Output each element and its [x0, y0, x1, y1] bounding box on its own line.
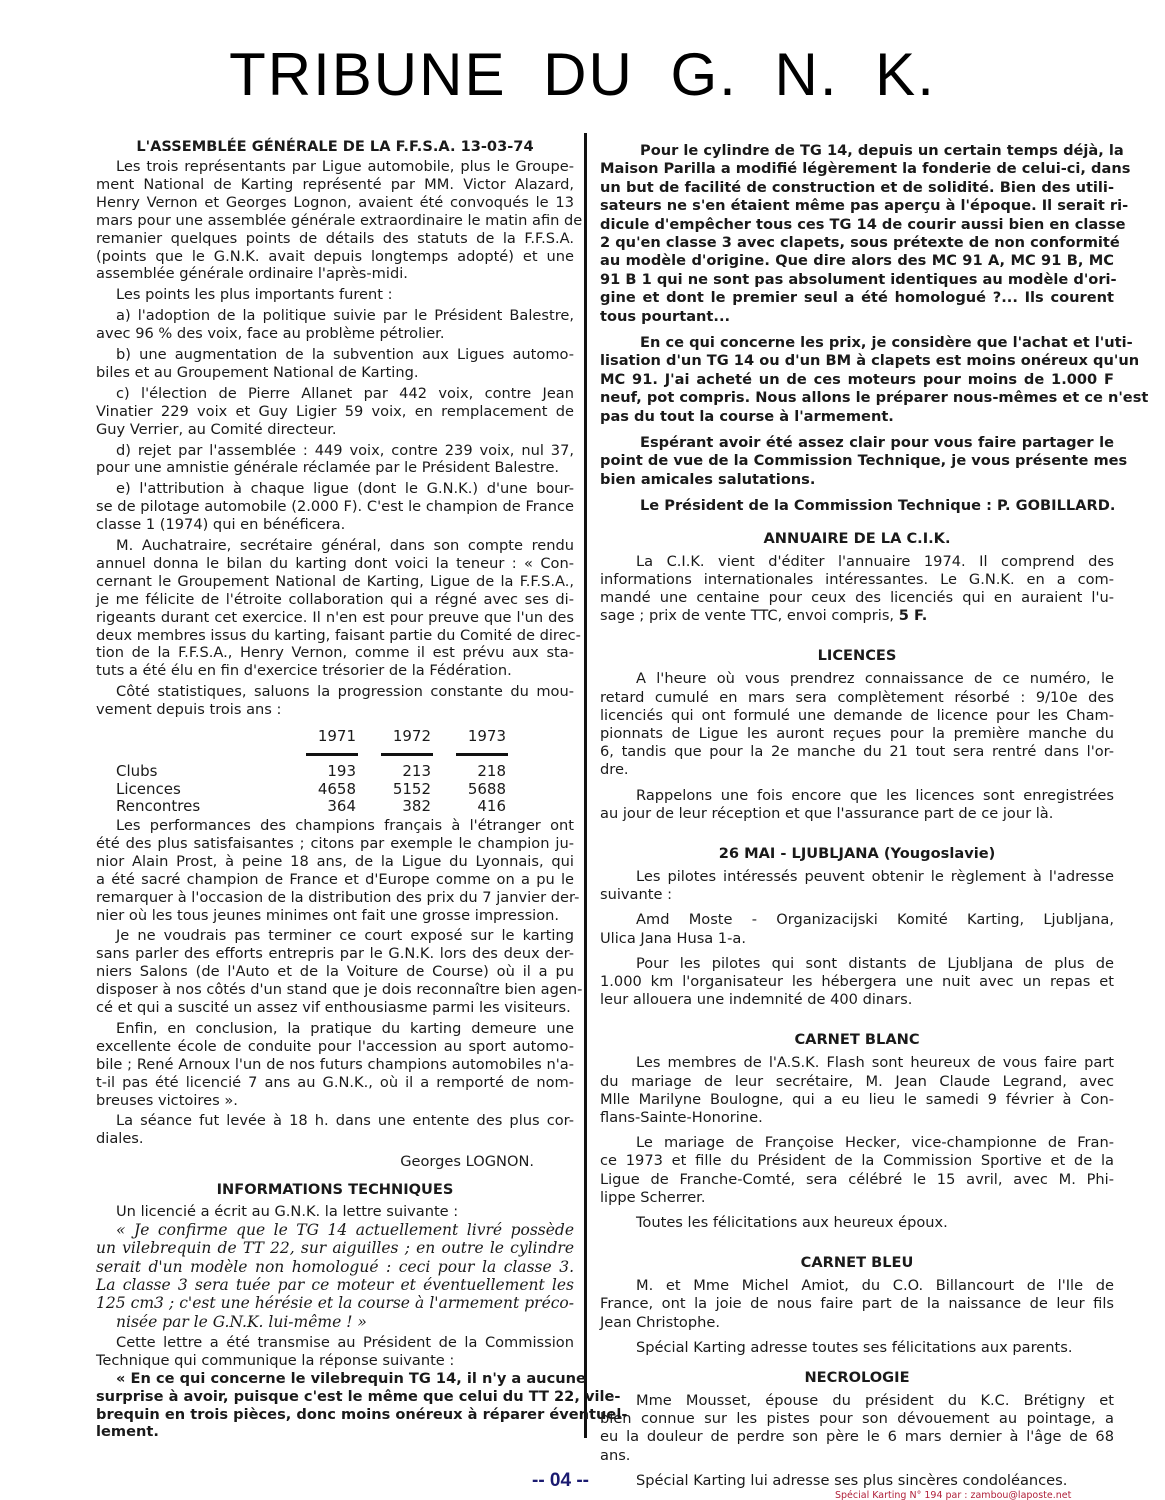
paragraph-line: dre.: [600, 761, 1114, 779]
paragraph-line: Les pilotes intéressés peuvent obtenir l…: [636, 868, 1114, 886]
reply-line: tous pourtant...: [600, 308, 1114, 326]
paragraph-line: A l'heure où vous prendrez connaissance …: [636, 670, 1114, 688]
paragraph-line: Les membres de l'A.S.K. Flash sont heure…: [636, 1054, 1114, 1072]
paragraph-line: breuses victoires ».: [96, 1092, 574, 1110]
section-heading: NECROLOGIE: [600, 1369, 1114, 1387]
table-cell: 416: [446, 797, 506, 815]
paragraph-line: d) rejet par l'assemblée : 449 voix, con…: [116, 442, 574, 460]
paragraph-line: Les performances des champions français …: [116, 817, 574, 835]
price-value: 5 F.: [899, 607, 928, 624]
reply-line: 91 B 1 qui ne sont pas absolument identi…: [600, 271, 1114, 289]
paragraph-line: Technique qui communique la réponse suiv…: [96, 1352, 574, 1370]
reply-line: brequin en trois pièces, donc moins onér…: [96, 1406, 574, 1424]
paragraph-line: pour une amnistie générale réclamée par …: [96, 459, 574, 477]
column-rule: [306, 753, 358, 756]
paragraph-line: Enfin, en conclusion, la pratique du kar…: [116, 1020, 574, 1038]
reply-line: un but de facilité de construction et de…: [600, 179, 1114, 197]
reply-line: au modèle d'origine. Que dire alors des …: [600, 252, 1114, 270]
paragraph-line: Rappelons une fois encore que les licenc…: [636, 787, 1114, 805]
page-title: TRIBUNE DU G. N. K.: [0, 40, 1165, 109]
reply-line: neuf, pot compris. Nous allons le prépar…: [600, 389, 1114, 407]
reply-line: lement.: [96, 1423, 574, 1441]
paragraph-line: diales.: [96, 1130, 574, 1148]
reply-line: Maison Parilla a modifié légèrement la f…: [600, 160, 1114, 178]
paragraph-line: Mme Mousset, épouse du président du K.C.…: [636, 1392, 1114, 1410]
paragraph-line: au jour de leur réception et que l'assur…: [600, 805, 1114, 823]
paragraph-line: Le mariage de Françoise Hecker, vice-cha…: [636, 1134, 1114, 1152]
paragraph-line: M. Auchatraire, secrétaire général, dans…: [116, 537, 574, 555]
column-rule: [381, 753, 433, 756]
section-heading: L'ASSEMBLÉE GÉNÉRALE DE LA F.F.S.A. 13-0…: [96, 138, 574, 156]
table-column-header: 1973: [446, 727, 506, 745]
paragraph-line: Les points les plus importants furent :: [116, 286, 574, 304]
paragraph-line: annuel donna le bilan du karting dont vo…: [96, 555, 574, 573]
table-cell: 193: [296, 762, 356, 780]
section-heading: CARNET BLEU: [600, 1254, 1114, 1272]
paragraph-line: ment National de Karting représenté par …: [96, 176, 574, 194]
signature: Georges LOGNON.: [96, 1153, 534, 1171]
section-heading: INFORMATIONS TECHNIQUES: [96, 1181, 574, 1199]
reply-line: sateurs ne s'en étaient même pas aperçu …: [600, 197, 1114, 215]
column-divider: [584, 133, 587, 1438]
reply-line: En ce qui concerne les prix, je considèr…: [640, 334, 1114, 352]
paragraph-line: Guy Verrier, au Comité directeur.: [96, 421, 574, 439]
paragraph-line: ans.: [600, 1447, 1114, 1465]
paragraph-line: je me félicite de l'étroite collaboratio…: [96, 591, 574, 609]
paragraph-line: Jean Christophe.: [600, 1314, 1114, 1332]
table-cell: 382: [371, 797, 431, 815]
reply-line: « En ce qui concerne le vilebrequin TG 1…: [116, 1370, 574, 1388]
quote-line: La classe 3 sera tuée par ce moteur et é…: [96, 1276, 574, 1294]
paragraph-line: La séance fut levée à 18 h. dans une ent…: [116, 1112, 574, 1130]
paragraph-line: flans-Sainte-Honorine.: [600, 1109, 1114, 1127]
table-column-header: 1971: [296, 727, 356, 745]
paragraph-line: 6, tandis que pour la 2e manche du 21 to…: [600, 743, 1114, 761]
section-heading: LICENCES: [600, 647, 1114, 665]
paragraph-line: deux membres issus du karting, faisant p…: [96, 627, 574, 645]
reply-line: MC 91. J'ai acheté un de ces moteurs pou…: [600, 371, 1114, 389]
paragraph-line: mandé une centaine pour ceux des licenci…: [600, 589, 1114, 607]
paragraph-line: remanier quelques points de détails des …: [96, 230, 574, 248]
paragraph-line: Pour les pilotes qui sont distants de Lj…: [636, 955, 1114, 973]
table-cell: 4658: [296, 780, 356, 798]
paragraph-line: Toutes les félicitations aux heureux épo…: [636, 1214, 1114, 1232]
quote-line: « Je confirme que le TG 14 actuellement …: [116, 1221, 574, 1239]
paragraph-line: informations internationales intéressant…: [600, 571, 1114, 589]
reply-line: point de vue de la Commission Technique,…: [600, 452, 1114, 470]
reply-line: surprise à avoir, puisque c'est le même …: [96, 1388, 574, 1406]
table-cell: 218: [446, 762, 506, 780]
paragraph-line: sans parler des efforts entrepris par le…: [96, 945, 574, 963]
table-cell: 213: [371, 762, 431, 780]
paragraph-line: Cette lettre a été transmise au Présiden…: [116, 1334, 574, 1352]
column-rule: [456, 753, 508, 756]
paragraph-line: Henry Vernon et Georges Lognon, avaient …: [96, 194, 574, 212]
table-column-header: 1972: [371, 727, 431, 745]
reply-line: Espérant avoir été assez clair pour vous…: [640, 434, 1114, 452]
paragraph-line: Côté statistiques, saluons la progressio…: [116, 683, 574, 701]
paragraph-line: été des plus satisfaisantes ; citons par…: [96, 835, 574, 853]
section-heading: CARNET BLANC: [600, 1031, 1114, 1049]
paragraph-line: a été sacré champion de France et d'Euro…: [96, 871, 574, 889]
paragraph-line: nior Alain Prost, à peine 18 ans, de la …: [96, 853, 574, 871]
paragraph-line: bile ; René Arnoux l'un de nos futurs ch…: [96, 1056, 574, 1074]
paragraph-line: eu la douleur de perdre son père le 6 ma…: [600, 1428, 1114, 1446]
paragraph-line: excellente école de conduite pour l'acce…: [96, 1038, 574, 1056]
paragraph-line: a) l'adoption de la politique suivie par…: [116, 307, 574, 325]
scan-credit: Spécial Karting N° 194 par : zambou@lapo…: [835, 1490, 1071, 1500]
page-number: -- 04 --: [532, 1470, 589, 1492]
paragraph-line: vement depuis trois ans :: [96, 701, 574, 719]
paragraph-line: classe 1 (1974) qui en bénéficera.: [96, 516, 574, 534]
paragraph-line: Les trois représentants par Ligue automo…: [116, 158, 574, 176]
paragraph-line: suivante :: [600, 886, 1114, 904]
paragraph-line: Vinatier 229 voix et Guy Ligier 59 voix,…: [96, 403, 574, 421]
reply-line: lisation d'un TG 14 ou d'un BM à clapets…: [600, 352, 1114, 370]
paragraph-line: Mlle Marilyne Boulogne, qui a eu lieu le…: [600, 1091, 1114, 1109]
paragraph-line: remarquer à l'occasion de la distributio…: [96, 889, 574, 907]
paragraph-line: bien connue sur les pistes pour son dévo…: [600, 1410, 1114, 1428]
paragraph-line: Ulica Jana Husa 1-a.: [600, 930, 1114, 948]
paragraph-line: e) l'attribution à chaque ligue (dont le…: [116, 480, 574, 498]
paragraph-line: b) une augmentation de la subvention aux…: [116, 346, 574, 364]
paragraph-line: Ligue de Franche-Comté, sera célébré le …: [600, 1171, 1114, 1189]
quote-line: nisée par le G.N.K. lui-même ! »: [116, 1313, 574, 1331]
statistics-table: 197119721973Clubs193213218Licences465851…: [116, 727, 516, 817]
paragraph-line: Amd Moste - Organizacijski Komité Kartin…: [636, 911, 1114, 929]
paragraph-line: M. et Mme Michel Amiot, du C.O. Billanco…: [636, 1277, 1114, 1295]
paragraph-line: assemblée générale ordinaire l'après-mid…: [96, 265, 574, 283]
paragraph-line: se de pilotage automobile (2.000 F). C'e…: [96, 498, 574, 516]
paragraph-line: disposer à nos côtés d'un stand que je d…: [96, 981, 574, 999]
reply-line: 2 qu'en classe 3 avec clapets, sous prét…: [600, 234, 1114, 252]
table-cell: 5152: [371, 780, 431, 798]
paragraph-line: cé et qui a suscité un assez vif enthous…: [96, 999, 574, 1017]
table-cell: 5688: [446, 780, 506, 798]
paragraph-line: ce 1973 et fille du Président de la Comm…: [600, 1152, 1114, 1170]
paragraph-line: t-il pas été licencié 7 ans au G.N.K., o…: [96, 1074, 574, 1092]
paragraph-line: niers Salons (de l'Auto et de la Voiture…: [96, 963, 574, 981]
table-row-label: Clubs: [116, 762, 157, 780]
paragraph-line: tuts a été élu en fin d'exercice trésori…: [96, 662, 574, 680]
reply-line: bien amicales salutations.: [600, 471, 1114, 489]
quote-line: 125 cm3 ; c'est une hérésie et la course…: [96, 1294, 574, 1312]
table-row-label: Licences: [116, 780, 181, 798]
section-heading: ANNUAIRE DE LA C.I.K.: [600, 530, 1114, 548]
paragraph-line: tion de la F.F.S.A., Henry Vernon, comme…: [96, 644, 574, 662]
paragraph-line: c) l'élection de Pierre Allanet par 442 …: [116, 385, 574, 403]
paragraph-line: France, ont la joie de nous faire part d…: [600, 1295, 1114, 1313]
reply-line: Le Président de la Commission Technique …: [640, 497, 1114, 515]
paragraph-line: du mariage de leur secrétaire, M. Jean C…: [600, 1073, 1114, 1091]
paragraph-line: retard cumulé en mars sera complètement …: [600, 689, 1114, 707]
reply-line: pas du tout la course à l'armement.: [600, 408, 1114, 426]
quote-line: un vilebrequin de TT 22, sur aiguilles ;…: [96, 1239, 574, 1257]
reply-line: gine et dont le premier seul a été homol…: [600, 289, 1114, 307]
paragraph-line: leur allouera une indemnité de 400 dinar…: [600, 991, 1114, 1009]
paragraph-line: avec 96 % des voix, face au problème pét…: [96, 325, 574, 343]
paragraph-line: Spécial Karting lui adresse ses plus sin…: [636, 1472, 1114, 1490]
table-row-label: Rencontres: [116, 797, 200, 815]
paragraph-line: Spécial Karting adresse toutes ses félic…: [636, 1339, 1114, 1357]
paragraph-line: pionnats de Ligue les auront reçues pour…: [600, 725, 1114, 743]
paragraph-line: La C.I.K. vient d'éditer l'annuaire 1974…: [636, 553, 1114, 571]
paragraph-line: mars pour une assemblée générale extraor…: [96, 212, 574, 230]
paragraph-line: rigeants durant cet exercice. Il n'en es…: [96, 609, 574, 627]
reply-line: Pour le cylindre de TG 14, depuis un cer…: [640, 142, 1114, 160]
paragraph-line: nier où les tous jeunes minimes ont fait…: [96, 907, 574, 925]
quote-line: serait d'un modèle non homologué : ceci …: [96, 1258, 574, 1276]
paragraph-line: Un licencié a écrit au G.N.K. la lettre …: [116, 1203, 574, 1221]
section-heading: 26 MAI - LJUBLJANA (Yougoslavie): [600, 845, 1114, 863]
paragraph-line: Je ne voudrais pas terminer ce court exp…: [116, 927, 574, 945]
paragraph-line: sage ; prix de vente TTC, envoi compris,…: [600, 607, 1114, 625]
paragraph-line: cernant le Groupement National de Kartin…: [96, 573, 574, 591]
paragraph-line: lippe Scherrer.: [600, 1189, 1114, 1207]
paragraph-line: biles et au Groupement National de Karti…: [96, 364, 574, 382]
table-cell: 364: [296, 797, 356, 815]
paragraph-line: 1.000 km l'organisateur les hébergera un…: [600, 973, 1114, 991]
reply-line: dicule d'empêcher tous ces TG 14 de cour…: [600, 216, 1114, 234]
paragraph-line: licenciés qui ont formulé une demande de…: [600, 707, 1114, 725]
paragraph-line: (points que le G.N.K. avait depuis longt…: [96, 248, 574, 266]
